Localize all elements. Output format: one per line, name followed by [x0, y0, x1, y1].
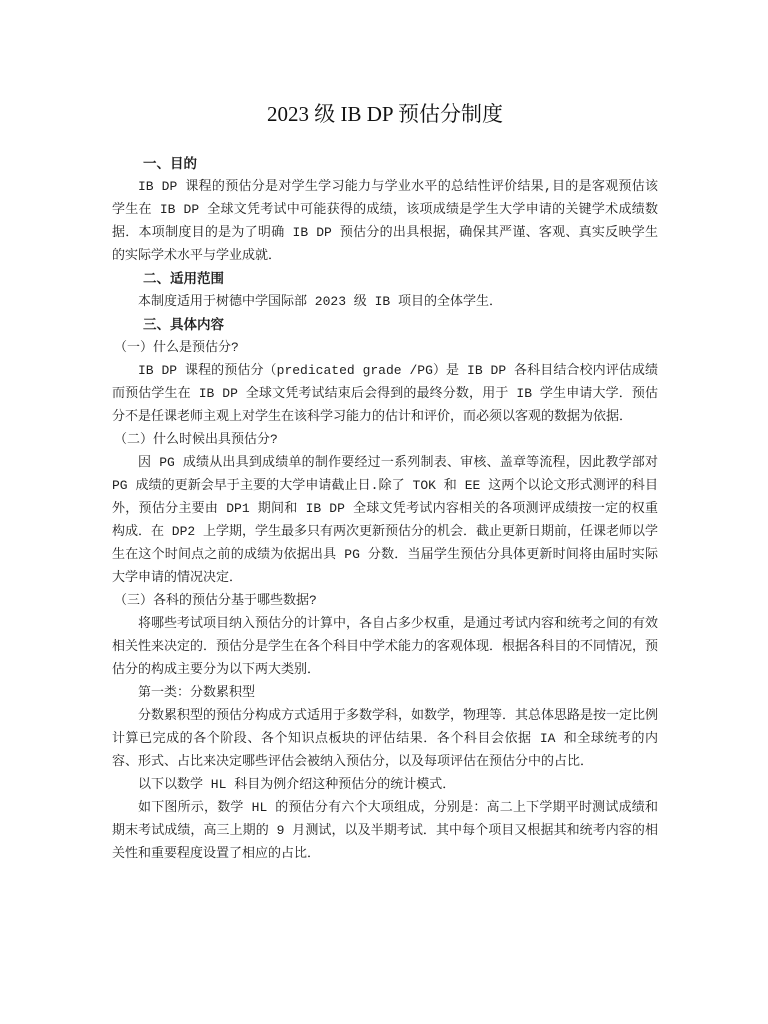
document-page: 2023 级 IB DP 预估分制度 一、目的 IB DP 课程的预估分是对学生…: [0, 0, 768, 1024]
para-purpose: IB DP 课程的预估分是对学生学习能力与学业水平的总结性评价结果,目的是客观预…: [112, 175, 658, 267]
heading-details: 三、具体内容: [112, 313, 658, 336]
subheading-pg-data-basis: （三）各科的预估分基于哪些数据?: [112, 589, 658, 612]
para-when-pg-issued: 因 PG 成绩从出具到成绩单的制作要经过一系列制表、审核、盖章等流程，因此教学部…: [112, 451, 658, 589]
para-type1-description: 分数累积型的预估分构成方式适用于多数学科，如数学，物理等．其总体思路是按一定比例…: [112, 704, 658, 773]
heading-purpose: 一、目的: [112, 152, 658, 175]
heading-scope: 二、适用范围: [112, 267, 658, 290]
para-scope: 本制度适用于树德中学国际部 2023 级 IB 项目的全体学生．: [112, 290, 658, 313]
list-head-type1-score-accumulation: 第一类：分数累积型: [112, 681, 658, 704]
para-math-hl-example-intro: 以下以数学 HL 科目为例介绍这种预估分的统计模式．: [112, 773, 658, 796]
para-math-hl-composition: 如下图所示，数学 HL 的预估分有六个大项组成，分别是：高二上下学期平时测试成绩…: [112, 796, 658, 865]
para-pg-data-basis: 将哪些考试项目纳入预估分的计算中，各自占多少权重，是通过考试内容和统考之间的有效…: [112, 612, 658, 681]
document-content: 2023 级 IB DP 预估分制度 一、目的 IB DP 课程的预估分是对学生…: [112, 97, 658, 865]
subheading-what-is-pg: （一）什么是预估分?: [112, 336, 658, 359]
subheading-when-pg-issued: （二）什么时候出具预估分?: [112, 428, 658, 451]
para-what-is-pg: IB DP 课程的预估分（predicated grade /PG）是 IB D…: [112, 359, 658, 428]
document-title: 2023 级 IB DP 预估分制度: [112, 97, 658, 131]
